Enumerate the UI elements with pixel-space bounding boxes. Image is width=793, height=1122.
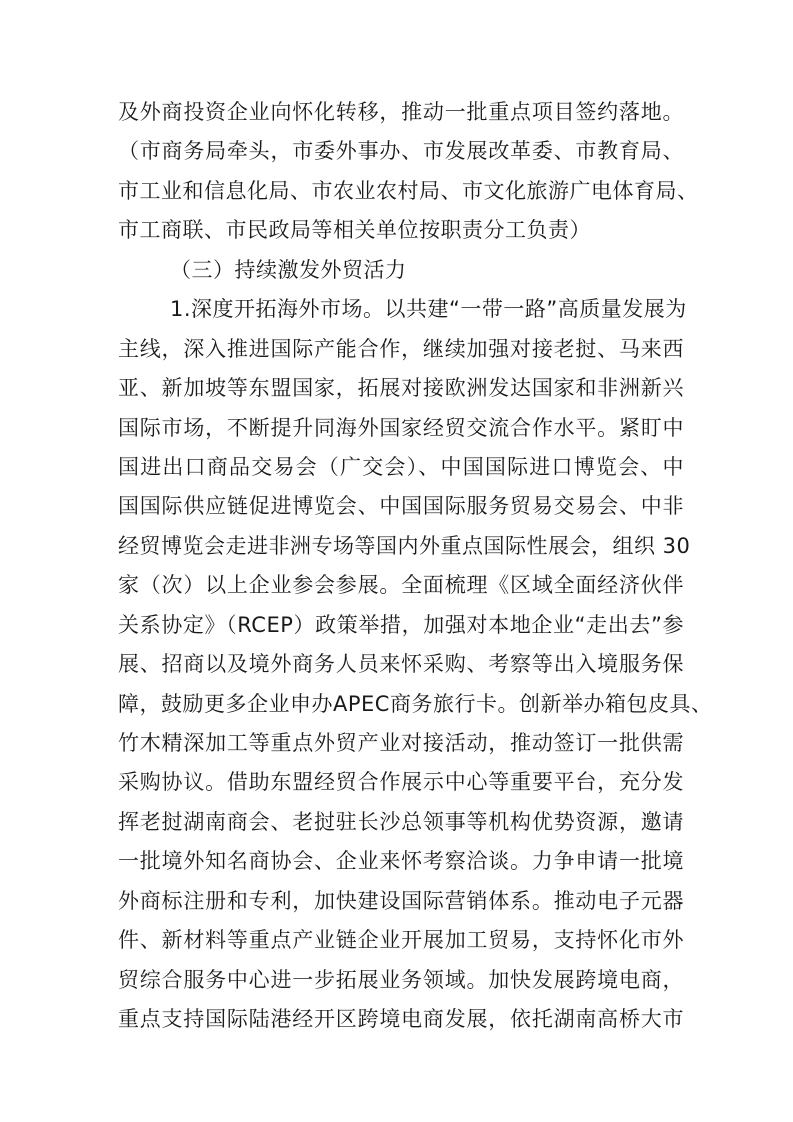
text-line: 展、招商以及境外商务人员来怀采购、考察等出入境服务保 [118,645,684,684]
text-line: 市工业和信息化局、市农业农村局、市文化旅游广电体育局、 [118,172,684,211]
text-line: 贸综合服务中心进一步拓展业务领域。加快发展跨境电商， [118,961,684,1000]
document-page: 及外商投资企业向怀化转移，推动一批重点项目签约落地。 （市商务局牵头，市委外事办… [118,93,684,1040]
text-line: 市工商联、市民政局等相关单位按职责分工负责） [118,211,684,250]
text-line: 及外商投资企业向怀化转移，推动一批重点项目签约落地。 [118,93,684,132]
text-line: 经贸博览会走进非洲专场等国内外重点国际性展会，组织 30 [118,527,684,566]
text-line: 家（次）以上企业参会参展。全面梳理《区域全面经济伙伴 [118,566,684,605]
text-line: 国进出口商品交易会（广交会）、中国国际进口博览会、中 [118,448,684,487]
text-line: 一批境外知名商协会、企业来怀考察洽谈。力争申请一批境 [118,842,684,881]
text-line: 采购协议。借助东盟经贸合作展示中心等重要平台，充分发 [118,763,684,802]
text-line: 关系协定》（RCEP）政策举措，加强对本地企业“走出去”参 [118,606,684,645]
text-line: 1.深度开拓海外市场。以共建“一带一路”高质量发展为 [118,290,684,329]
text-line: （市商务局牵头，市委外事办、市发展改革委、市教育局、 [118,132,684,171]
text-line: 国际市场，不断提升同海外国家经贸交流合作水平。紧盯中 [118,409,684,448]
text-line: 重点支持国际陆港经开区跨境电商发展，依托湖南高桥大市 [118,1000,684,1039]
text-line: 障，鼓励更多企业申办APEC商务旅行卡。创新举办箱包皮具、 [118,685,684,724]
text-line: 件、新材料等重点产业链企业开展加工贸易，支持怀化市外 [118,921,684,960]
text-line: 竹木精深加工等重点外贸产业对接活动，推动签订一批供需 [118,724,684,763]
section-heading: （三）持续激发外贸活力 [118,251,684,290]
text-line: 外商标注册和专利，加快建设国际营销体系。推动电子元器 [118,882,684,921]
text-line: 主线，深入推进国际产能合作，继续加强对接老挝、马来西 [118,330,684,369]
text-line: 挥老挝湖南商会、老挝驻长沙总领事等机构优势资源，邀请 [118,803,684,842]
text-line: 国国际供应链促进博览会、中国国际服务贸易交易会、中非 [118,487,684,526]
text-line: 亚、新加坡等东盟国家，拓展对接欧洲发达国家和非洲新兴 [118,369,684,408]
